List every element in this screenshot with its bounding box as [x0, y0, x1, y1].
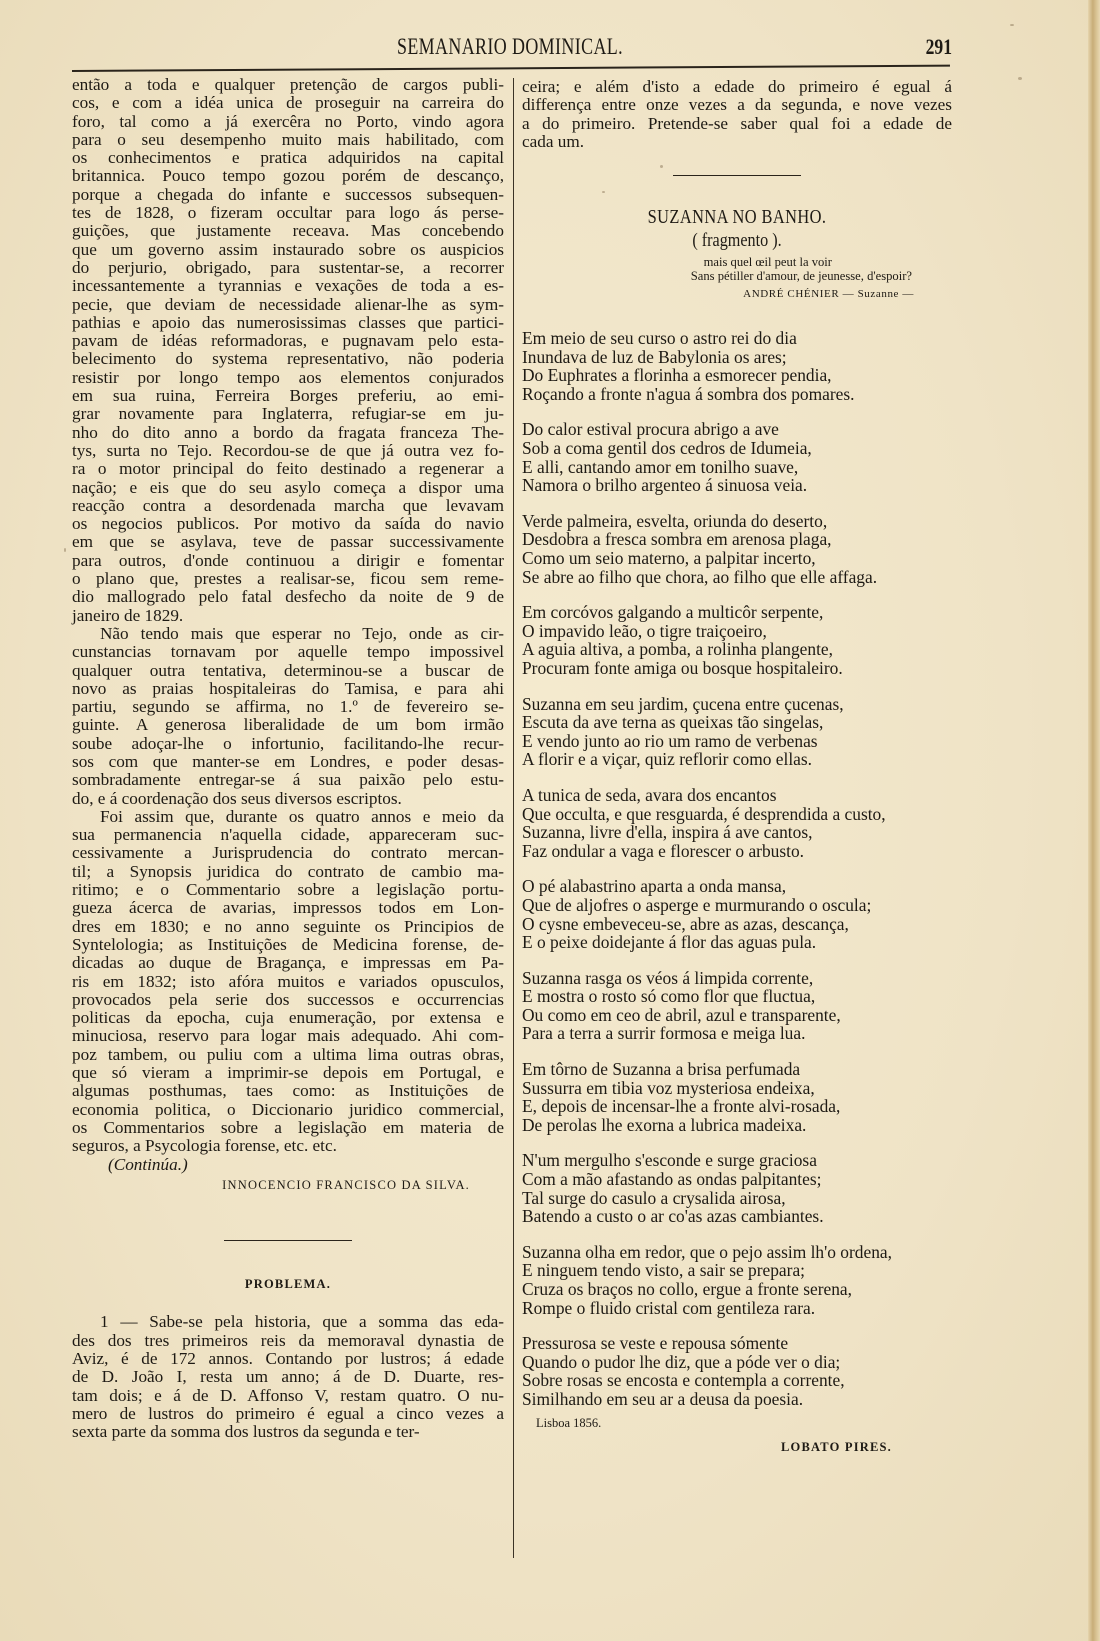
text-line: para o seu desempenho muito mais habilit… — [72, 131, 504, 149]
poem-verse: Em tôrno de Suzanna a brisa perfumada — [522, 1060, 952, 1079]
poem-verse: Escuta da ave terna as queixas tão singe… — [522, 713, 952, 732]
text-line: sua permanencia n'aquella cidade, appare… — [72, 826, 504, 844]
poem-verse: E alli, cantando amor em tonilho suave, — [522, 458, 952, 477]
text-line: incessantemente a tyrannias e vexações d… — [72, 277, 504, 295]
text-line: provocados pela serie dos successos e oc… — [72, 991, 504, 1009]
page-number: 291 — [926, 34, 952, 60]
text-line: britannica. Pouco tempo gozou porém de d… — [72, 167, 504, 185]
poem-verse: Sussurra em tibia voz mysteriosa endeixa… — [522, 1079, 952, 1098]
text-line: foro, tal como a já exercêra no Porto, v… — [72, 113, 504, 131]
poem-verse: Suzanna rasga os véos á limpida corrente… — [522, 969, 952, 988]
poem-stanza: N'um mergulho s'esconde e surge graciosa… — [522, 1151, 952, 1225]
text-line: que só vieram a imprimir-se depois em Po… — [72, 1064, 504, 1082]
right-column: ceira; e além d'isto a edade do primeiro… — [522, 78, 952, 1456]
poem-verse: N'um mergulho s'esconde e surge graciosa — [522, 1151, 952, 1170]
text-line: que um governo assim instaurado sobre os… — [72, 241, 504, 259]
article-paragraph-2: Não tendo mais que esperar no Tejo, onde… — [72, 625, 504, 808]
text-line: reacção contra a desordenada marcha que … — [72, 497, 504, 515]
article-paragraph-3: Foi assim que, durante os quatro annos e… — [72, 808, 504, 1156]
poem-stanza: Em corcóvos galgando a multicôr serpente… — [522, 603, 952, 677]
poem-verse: Tal surge do casulo a crysalida airosa, — [522, 1189, 952, 1208]
text-line: ra o motor principal do feito destinado … — [72, 460, 504, 478]
poem-verse: Quando o pudor lhe diz, que a póde ver o… — [522, 1353, 952, 1372]
poem-verse: Ou como em ceo de abril, azul e transpar… — [522, 1006, 952, 1025]
poem-stanza: Suzanna rasga os véos á limpida corrente… — [522, 969, 952, 1043]
paper-speck — [1010, 24, 1014, 26]
poem-stanza: Pressurosa se veste e repousa sómenteQua… — [522, 1334, 952, 1408]
poem-stanza: Suzanna olha em redor, que o pejo assim … — [522, 1243, 952, 1317]
newspaper-page: SEMANARIO DOMINICAL. 291 então a toda e … — [0, 0, 1100, 1641]
poem-verse: O cysne embeveceu-se, abre as azas, desc… — [522, 915, 952, 934]
text-line: sombradamente entregar-se á sua paixão p… — [72, 771, 504, 789]
poem-verse: E, depois de incensar-lhe a fronte alvi-… — [522, 1097, 952, 1116]
text-line: ceira; e além d'isto a edade do primeiro… — [522, 78, 952, 96]
problem-text: 1 — Sabe-se pela historia, que a somma d… — [72, 1313, 504, 1441]
text-line: Foi assim que, durante os quatro annos e… — [72, 808, 504, 826]
poem-body: Em meio de seu curso o astro rei do diaI… — [522, 329, 952, 1409]
poem-verse: A tunica de seda, avara dos encantos — [522, 786, 952, 805]
text-line: ritimo; e o Commentario sobre a legislaç… — [72, 881, 504, 899]
text-line: em sua ruina, Ferreira Borges preferiu, … — [72, 387, 504, 405]
poem-verse: Se abre ao filho que chora, ao filho que… — [522, 568, 952, 587]
poem-verse: A aguia altiva, a pomba, a rolinha plang… — [522, 640, 952, 659]
poem-verse: Desdobra a fresca sombra em arenosa plag… — [522, 530, 952, 549]
text-line: dio mallogrado pelo fatal desfecho da no… — [72, 588, 504, 606]
text-line: algumas posthumas, taes como: as Institu… — [72, 1082, 504, 1100]
left-column: então a toda e qualquer pretenção de car… — [72, 76, 504, 1441]
text-line: Aviz, é de 172 annos. Contando por lustr… — [72, 1350, 504, 1368]
poem-verse: A florir e a viçar, quiz reflorir como e… — [522, 750, 952, 769]
poem-verse: Similhando em seu ar a deusa da poesia. — [522, 1390, 952, 1409]
text-line: des dos tres primeiros reis da memoraval… — [72, 1332, 504, 1350]
poem-verse: Em meio de seu curso o astro rei do dia — [522, 329, 952, 348]
text-line: tes de 1828, o fizeram occultar para log… — [72, 204, 504, 222]
poem-verse: Sobre rosas se encosta e contempla a cor… — [522, 1371, 952, 1390]
poem-author: LOBATO PIRES. — [522, 1438, 952, 1456]
epigraph: mais quel œil peut la voir Sans pétiller… — [522, 255, 952, 283]
column-divider — [513, 78, 514, 1558]
text-line: Syntelologia; as Instituições de Medicin… — [72, 936, 504, 954]
text-line: cessivamente a Jurisprudencia do contrat… — [72, 844, 504, 862]
poem-verse: E ninguem tendo visto, a sair se prepara… — [522, 1261, 952, 1280]
text-line: minuciosa, reservo para logar mais adequ… — [72, 1027, 504, 1045]
poem-verse: Em corcóvos galgando a multicôr serpente… — [522, 603, 952, 622]
text-line: Não tendo mais que esperar no Tejo, onde… — [72, 625, 504, 643]
text-line: sexta parte da somma dos lustros da segu… — [72, 1423, 504, 1441]
text-line: sos com que manter-se em Londres, e pode… — [72, 753, 504, 771]
text-line: pecie, que deviam de necessidade alienar… — [72, 296, 504, 314]
article-author: INNOCENCIO FRANCISCO DA SILVA. — [72, 1176, 504, 1194]
poem-verse: E mostra o rosto só como flor que fluctu… — [522, 987, 952, 1006]
text-line: partiu, segundo se affirma, no 1.º de fe… — [72, 698, 504, 716]
text-line: politicas da epocha, cuja enumeração, po… — [72, 1009, 504, 1027]
problem-title: PROBLEMA. — [72, 1275, 504, 1293]
poem-verse: Namora o brilho argenteo á sinuosa veia. — [522, 476, 952, 495]
poem-verse: Do calor estival procura abrigo a ave — [522, 420, 952, 439]
poem-verse: Batendo a custo o ar co'as azas cambiant… — [522, 1207, 952, 1226]
poem-stanza: Em meio de seu curso o astro rei do diaI… — [522, 329, 952, 403]
text-line: os Commentarios sobre a legislação em ma… — [72, 1119, 504, 1137]
text-line: seguros, a Psycologia forense, etc. etc. — [72, 1137, 504, 1155]
text-line: gueza ácerca de avarias, impressos todos… — [72, 899, 504, 917]
text-line: para outros, d'onde continuou a dirigir … — [72, 552, 504, 570]
text-line: pavam de idéas reformadoras, e pugnavam … — [72, 332, 504, 350]
continua-note: (Continúa.) — [72, 1156, 504, 1174]
poem-verse: Rompe o fluido cristal com gentileza rar… — [522, 1299, 952, 1318]
epigraph-line: Sans pétiller d'amour, de jeunesse, d'es… — [522, 269, 912, 283]
poem-verse: Procuram fonte amiga ou bosque hospitale… — [522, 659, 952, 678]
text-line: cada um. — [522, 133, 952, 151]
poem-stanza: A tunica de seda, avara dos encantosQue … — [522, 786, 952, 860]
epigraph-line: mais quel œil peut la voir — [522, 255, 912, 269]
text-line: guições, que justamente receava. Mas con… — [72, 222, 504, 240]
text-line: de D. João I, resta um anno; á de D. Dua… — [72, 1368, 504, 1386]
paper-speck — [1018, 77, 1022, 80]
running-title: SEMANARIO DOMINICAL. — [167, 34, 853, 60]
text-line: cunstancias tornavam por aquelle tempo i… — [72, 643, 504, 661]
poem-verse: E o peixe doidejante á flor das aguas pu… — [522, 933, 952, 952]
text-line: differença entre onze vezes a da segunda… — [522, 96, 952, 114]
text-line: janeiro de 1829. — [72, 607, 504, 625]
poem-verse: O pé alabastrino aparta a onda mansa, — [522, 877, 952, 896]
text-line: tam dois; e á de D. Affonso V, restam qu… — [72, 1387, 504, 1405]
poem-verse: Sob a coma gentil dos cedros de Idumeia, — [522, 439, 952, 458]
text-line: til; a Synopsis juridica do contrato de … — [72, 863, 504, 881]
poem-verse: Para a terra a surrir formosa e meiga lu… — [522, 1024, 952, 1043]
text-line: resistir por longo tempo aos elementos c… — [72, 369, 504, 387]
text-line: dres em 1830; e no anno seguinte os Prin… — [72, 918, 504, 936]
header-rule — [72, 65, 950, 72]
page-header: SEMANARIO DOMINICAL. 291 — [70, 32, 950, 62]
poem-verse: Inundava de luz de Babylonia os ares; — [522, 348, 952, 367]
poem-verse: E vendo junto ao rio um ramo de verbenas — [522, 732, 952, 751]
poem-verse: Como um seio materno, a palpitar incerto… — [522, 549, 952, 568]
poem-verse: Pressurosa se veste e repousa sómente — [522, 1334, 952, 1353]
epigraph-author: ANDRÉ CHÉNIER — Suzanne — — [522, 285, 952, 303]
text-line: pathias e apoio das numerosissimas class… — [72, 314, 504, 332]
text-line: nho do dito anno a bordo da fragata fran… — [72, 424, 504, 442]
text-line: os conhecimentos e pratica adquiridos na… — [72, 149, 504, 167]
text-line: o plano que, prestes a realisar-se, fico… — [72, 570, 504, 588]
text-line: do perjurio, obrigado, para sustentar-se… — [72, 259, 504, 277]
text-line: grar novamente para Inglaterra, refugiar… — [72, 405, 504, 423]
poem-verse: Faz ondular a vaga e florescer o arbusto… — [522, 842, 952, 861]
page-binding-edge — [1088, 0, 1100, 1641]
poem-verse: De perolas lhe exorna a lubrica madeixa. — [522, 1116, 952, 1135]
text-line: mero de lustros do primeiro é egual a ci… — [72, 1405, 504, 1423]
poem-verse: Que de aljofres o asperge e murmurando o… — [522, 896, 952, 915]
text-line: soube adoçar-lhe o infortunio, facilitan… — [72, 735, 504, 753]
text-line: 1 — Sabe-se pela historia, que a somma d… — [72, 1313, 504, 1331]
poem-verse: Roçando a fronte n'agua á sombra dos pom… — [522, 385, 952, 404]
poem-stanza: Do calor estival procura abrigo a aveSob… — [522, 420, 952, 494]
poem-title: SUZANNA NO BANHO. — [561, 208, 914, 226]
text-line: poz tambem, ou puliu com a ultima lima o… — [72, 1046, 504, 1064]
text-line: a do primeiro. Pretende-se saber qual fo… — [522, 115, 952, 133]
text-line: em que se asylava, teve de passar succes… — [72, 533, 504, 551]
place-date: Lisboa 1856. — [522, 1414, 952, 1432]
text-line: cos, e com a idéa unica de proseguir na … — [72, 94, 504, 112]
poem-stanza: Verde palmeira, esvelta, oriunda do dese… — [522, 512, 952, 586]
paper-speck — [660, 165, 663, 168]
article-paragraph-1: então a toda e qualquer pretenção de car… — [72, 76, 504, 625]
poem-verse: O impavido leão, o tigre traiçoeiro, — [522, 622, 952, 641]
poem-stanza: Suzanna em seu jardim, çucena entre çuce… — [522, 695, 952, 769]
text-line: dicadas ao duque de Bragança, e impressa… — [72, 954, 504, 972]
poem-verse: Suzanna em seu jardim, çucena entre çuce… — [522, 695, 952, 714]
text-line: porque a chegada do infante e successos … — [72, 186, 504, 204]
text-line: guinte. A generosa liberalidade de um bo… — [72, 716, 504, 734]
paper-speck — [602, 191, 605, 193]
text-line: tys, surta no Tejo. Recordou-se de que j… — [72, 442, 504, 460]
paper-speck — [64, 548, 66, 552]
text-line: novo as praias hospitaleiras do Tamisa, … — [72, 680, 504, 698]
poem-subtitle: ( fragmento ). — [554, 232, 920, 250]
poem-stanza: Em tôrno de Suzanna a brisa perfumadaSus… — [522, 1060, 952, 1134]
text-line: os negocios publicos. Por motivo da saíd… — [72, 515, 504, 533]
poem-verse: Do Euphrates a florinha a esmorecer pend… — [522, 366, 952, 385]
problem-continued: ceira; e além d'isto a edade do primeiro… — [522, 78, 952, 151]
text-line: economia politica, o Diccionario juridic… — [72, 1101, 504, 1119]
poem-verse: Verde palmeira, esvelta, oriunda do dese… — [522, 512, 952, 531]
poem-verse: Com a mão afastando as ondas palpitantes… — [522, 1170, 952, 1189]
text-line: qualquer outra tentativa, determinou-se … — [72, 662, 504, 680]
text-line: nação; e eis que do seu asylo começa a d… — [72, 479, 504, 497]
text-line: do, e á coordenação dos seus diversos es… — [72, 790, 504, 808]
poem-stanza: O pé alabastrino aparta a onda mansa,Que… — [522, 877, 952, 951]
poem-verse: Cruza os braços no collo, ergue a fronte… — [522, 1280, 952, 1299]
poem-verse: Suzanna olha em redor, que o pejo assim … — [522, 1243, 952, 1262]
text-line: belecimento do systema representativo, n… — [72, 350, 504, 368]
poem-verse: Suzanna, livre d'ella, inspira á ave can… — [522, 823, 952, 842]
text-line: então a toda e qualquer pretenção de car… — [72, 76, 504, 94]
poem-verse: Que occulta, e que resguarda, é desprend… — [522, 805, 952, 824]
text-line: ris em 1832; isto afóra muitos e variado… — [72, 973, 504, 991]
